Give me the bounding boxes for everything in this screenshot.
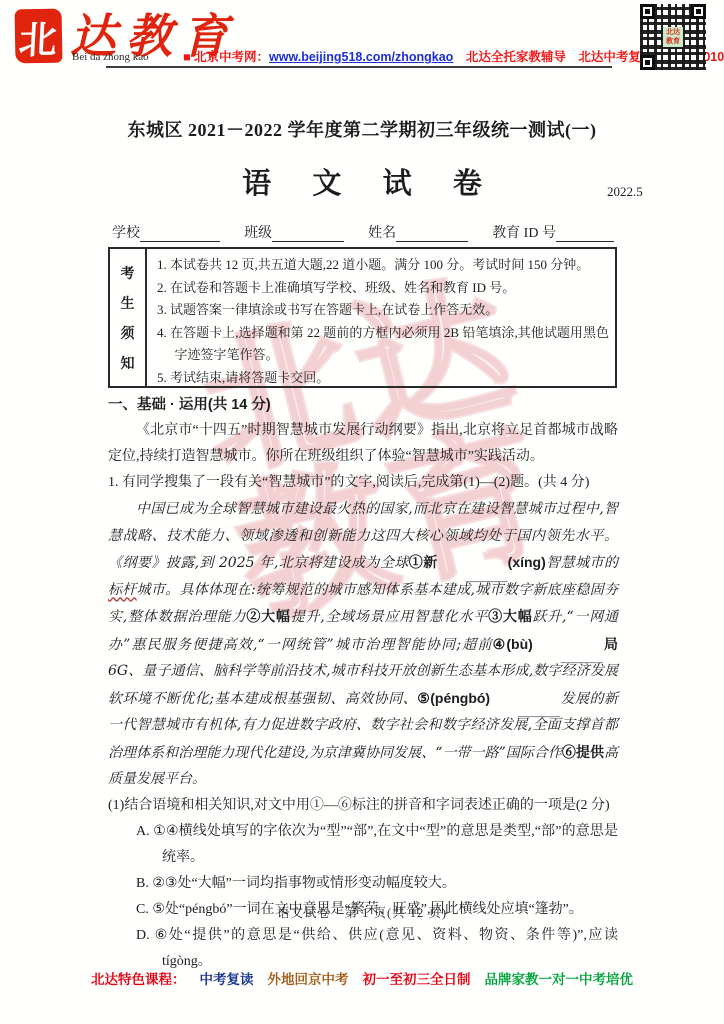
brand-seal-logo: 北: [15, 9, 63, 64]
question-1-stem: 1. 有同学搜集了一段有关“智慧城市”的文字,阅读后,完成第(1)—(2)题。(…: [108, 470, 618, 496]
notice-item: 3. 试题答案一律填涂或书写在答题卡上,在试卷上作答无效。: [157, 299, 609, 322]
notice-item: 2. 在试卷和答题卡上准确填写学校、班级、姓名和教育 ID 号。: [157, 277, 609, 300]
notice-label-char: 生: [121, 293, 135, 313]
question-1-1-options: A. ①④横线处填写的字依次为“型”“部”,在文中“型”的意思是类型,“部”的意…: [108, 819, 618, 975]
section-intro-paragraph: 《北京市“十四五”时期智慧城市发展行动纲要》指出,北京将立足首都城市战略定位,持…: [108, 418, 618, 470]
page-number-indicator: 语文试卷 第 1 页(共 12 页): [0, 903, 724, 921]
notice-item: 4. 在答题卡上,选择题和第 22 题前的方框内必须用 2B 铅笔填涂,其他试题…: [157, 322, 609, 367]
qr-finder-bottom-left: [640, 55, 655, 70]
school-label: 学校: [112, 226, 140, 241]
candidate-notice-box: 考 生 须 知 1. 本试卷共 12 页,共五道大题,22 道小题。满分 100…: [108, 247, 617, 388]
exam-body: 一、基础 · 运用(共 14 分) 《北京市“十四五”时期智慧城市发展行动纲要》…: [108, 392, 618, 975]
qr-code: 北达 教育: [640, 4, 706, 70]
class-field: 班级: [244, 222, 344, 242]
option-a: A. ①④横线处填写的字依次为“型”“部”,在文中“型”的意思是类型,“部”的意…: [136, 819, 618, 871]
exam-date: 2022.5: [607, 184, 643, 200]
notice-item: 5. 考试结束,请将答题卡交回。: [157, 367, 609, 390]
class-blank: [272, 227, 344, 242]
notice-vertical-label: 考 生 须 知: [110, 249, 147, 386]
section-one-heading: 一、基础 · 运用(共 14 分): [108, 392, 618, 418]
exam-paper-page: 北达教育 北 达教育 Bei da zhong kao ■ 北京中考网：www.…: [0, 0, 724, 1024]
school-blank: [140, 227, 220, 242]
education-id-label: 教育 ID 号: [492, 226, 556, 241]
name-blank: [396, 227, 468, 242]
notice-label-char: 须: [121, 323, 135, 343]
seal-character: 北: [18, 8, 59, 64]
notice-label-char: 考: [121, 263, 135, 283]
qr-center-logo: 北达 教育: [663, 27, 683, 47]
education-id-field: 教育 ID 号: [492, 222, 614, 242]
student-info-row: 学校 班级 姓名 教育 ID 号: [112, 222, 614, 242]
reading-passage: 中国已成为全球智慧城市建设最火热的国家,而北京在建设智慧城市过程中,智慧战略、技…: [108, 496, 618, 793]
education-id-blank: [556, 227, 614, 242]
question-1-1-stem: (1)结合语境和相关知识,对文中用①—⑥标注的拼音和字词表述正确的一项是(2 分…: [108, 793, 618, 819]
qr-finder-top-left: [640, 4, 655, 19]
name-field: 姓名: [368, 222, 468, 242]
notice-item: 1. 本试卷共 12 页,共五道大题,22 道小题。满分 100 分。考试时间 …: [157, 254, 609, 277]
school-field: 学校: [112, 222, 220, 242]
class-label: 班级: [244, 226, 272, 241]
name-label: 姓名: [368, 226, 396, 241]
header-divider: [106, 66, 612, 68]
notice-items: 1. 本试卷共 12 页,共五道大题,22 道小题。满分 100 分。考试时间 …: [147, 249, 615, 386]
footer-promo-line: 北达特色课程：中考复读外地回京中考初一至初三全日制品牌家教一对一中考培优: [0, 968, 724, 988]
exam-title: 东城区 2021－2022 学年度第二学期初三年级统一测试(一): [0, 116, 724, 142]
option-d: D. ⑥处“提供”的意思是“供给、供应(意见、资料、物资、条件等)”,应读 tí…: [136, 923, 618, 975]
brand-pinyin: Bei da zhong kao: [72, 51, 149, 63]
notice-label-char: 知: [121, 353, 135, 373]
option-b: B. ②③处“大幅”一词均指事物或情形变动幅度较大。: [136, 871, 618, 897]
qr-finder-top-right: [691, 4, 706, 19]
